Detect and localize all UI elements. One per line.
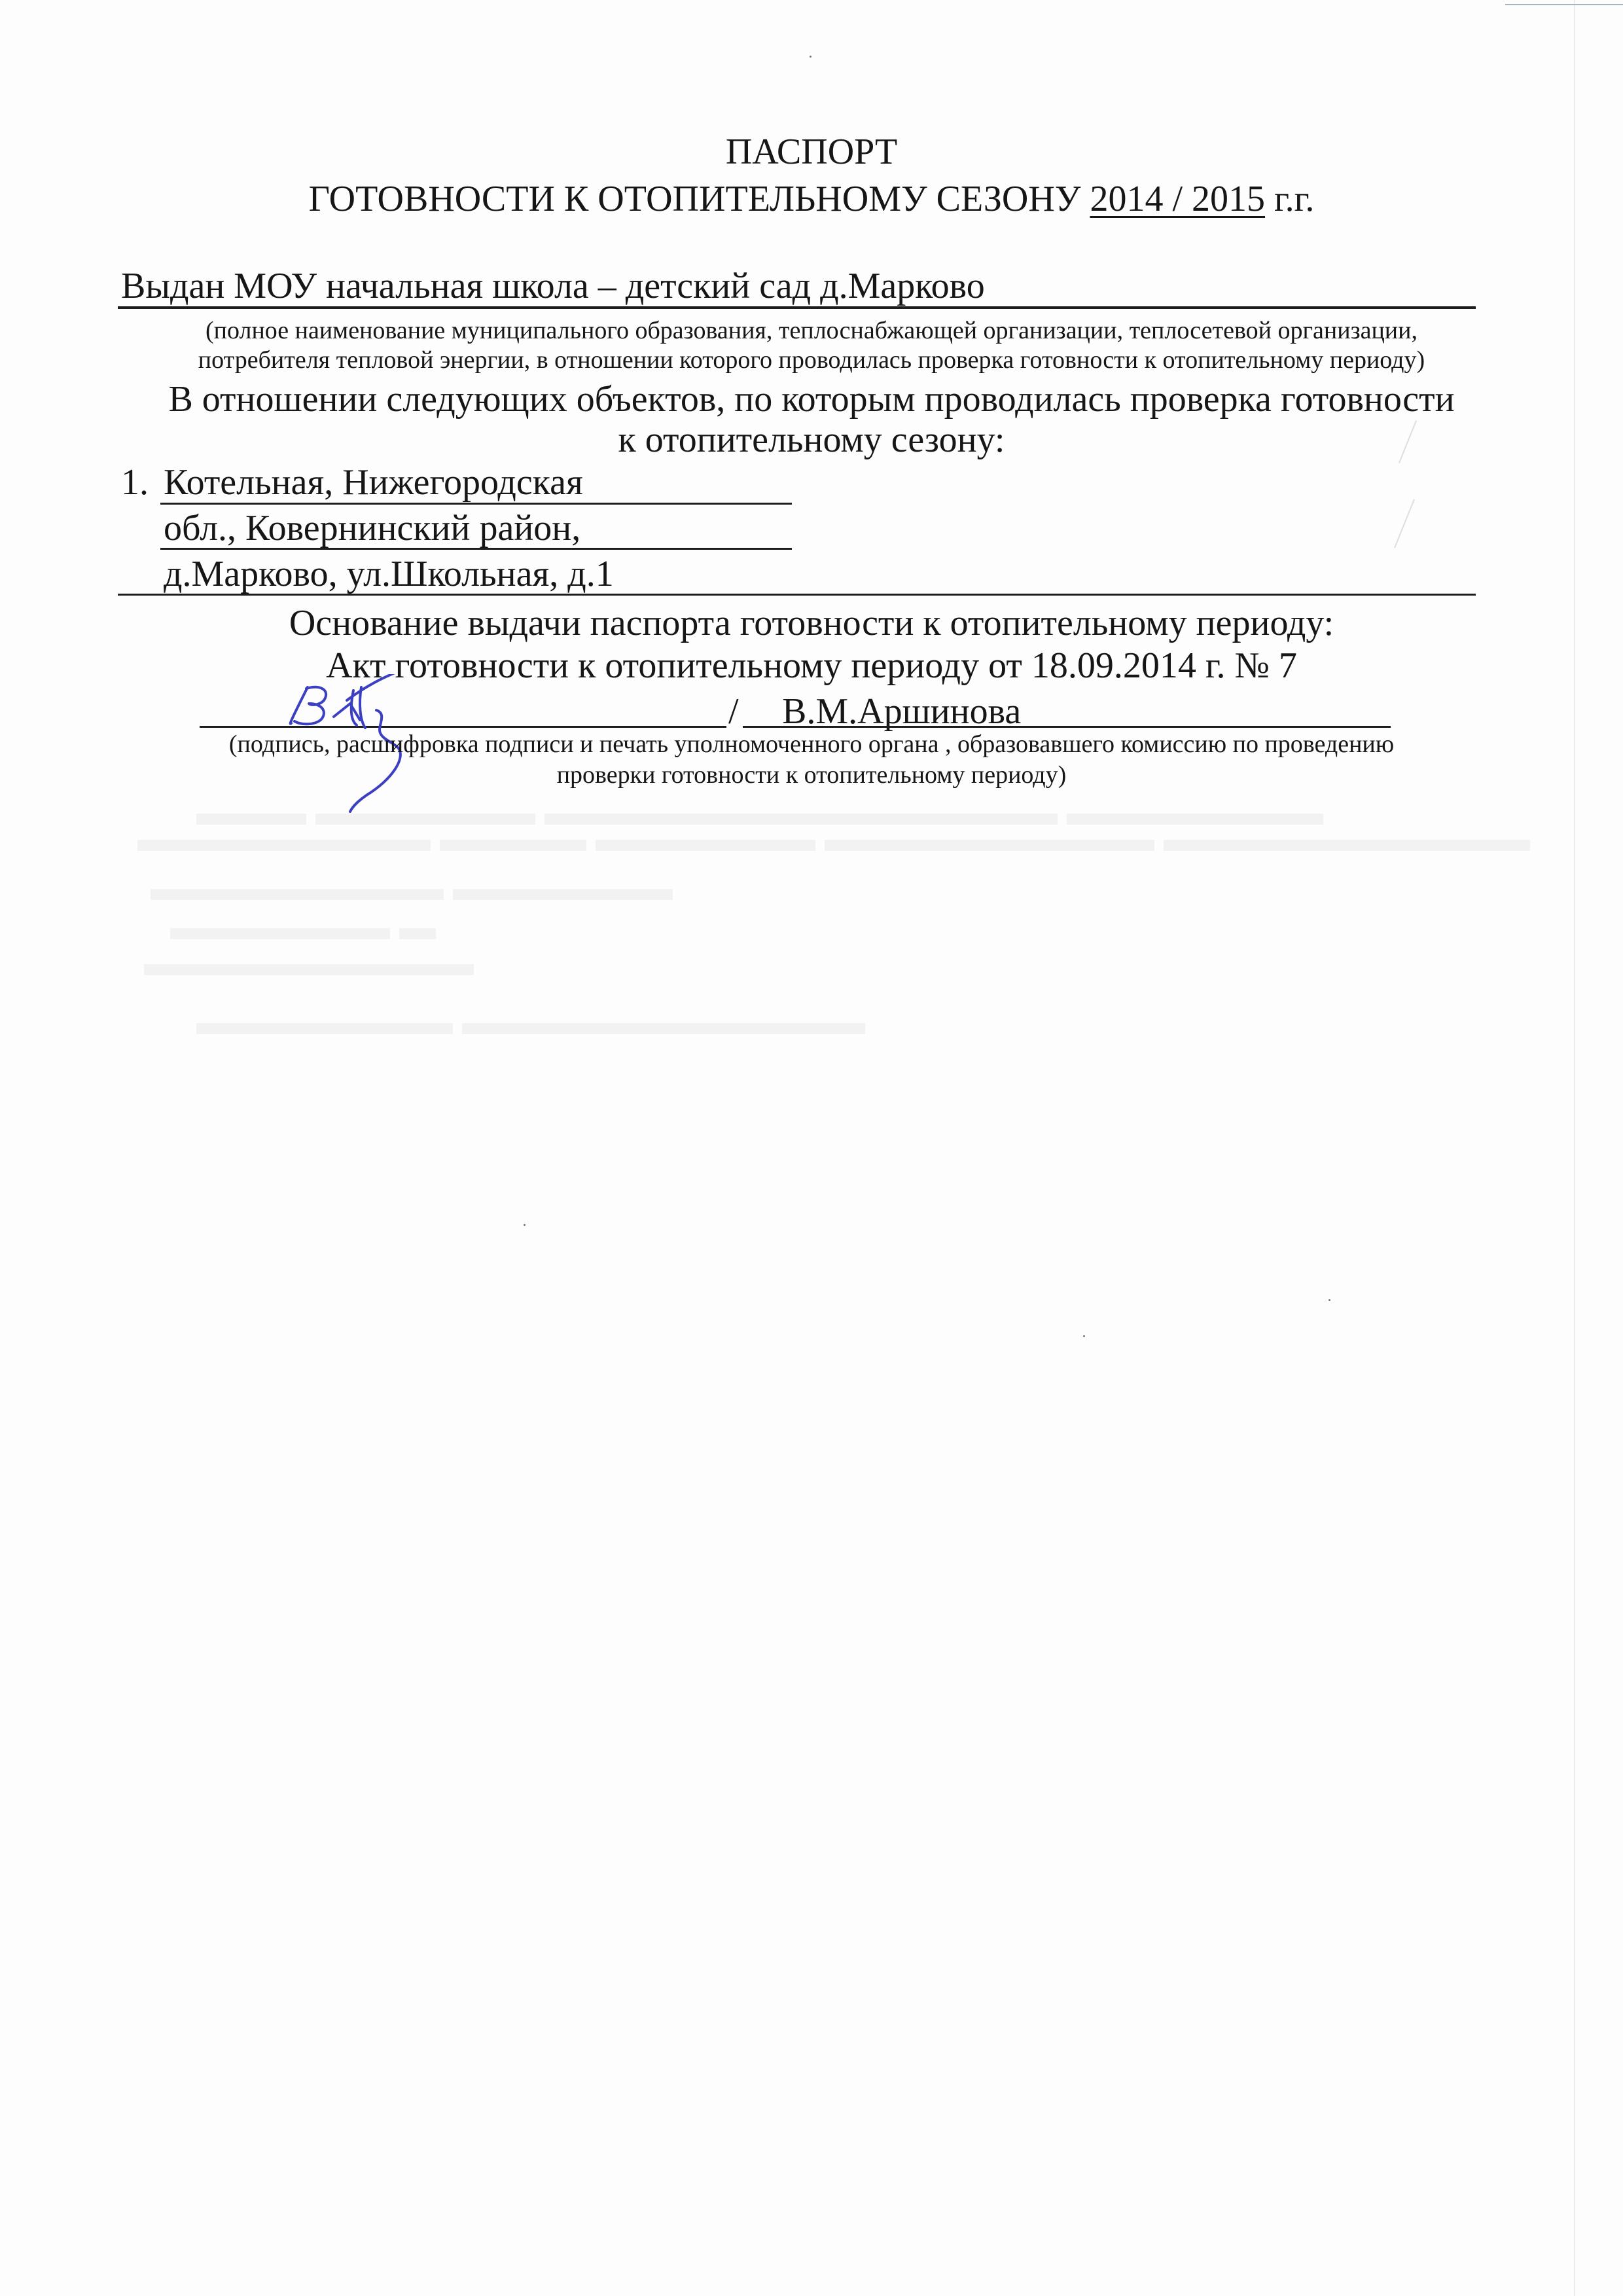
bleed-through-text: ▬▬▬▬▬▬▬▬ ▬▬▬▬ ▬▬▬▬▬▬ ▬▬▬▬▬▬▬▬▬ ▬▬▬▬▬▬▬▬▬… [137, 818, 1530, 860]
object-underline [160, 548, 792, 550]
signer-underline [782, 726, 1391, 728]
bleed-through-text: ▬▬▬▬▬▬▬▬▬ [144, 942, 474, 984]
bleed-through-text: ▬▬▬▬▬▬▬ ▬▬▬▬▬▬▬▬▬▬▬ [196, 1001, 865, 1043]
signature-underline [200, 726, 726, 728]
document-subtitle: ГОТОВНОСТИ К ОТОПИТЕЛЬНОМУ СЕЗОНУ 2014 /… [0, 178, 1623, 220]
season-years: 2014 / 2015 [1090, 179, 1265, 219]
objects-intro-line1: В отношении следующих объектов, по котор… [0, 378, 1623, 420]
basis-act-reference: Акт готовности к отопительному периоду о… [0, 645, 1623, 687]
signature-caption-line2: проверки готовности к отопительному пери… [0, 761, 1623, 789]
page-top-edge [1505, 4, 1623, 5]
document-title: ПАСПОРТ [0, 131, 1623, 173]
object-address-line3: д.Марково, ул.Школьная, д.1 [164, 553, 614, 595]
object-underline [160, 503, 792, 505]
object-number: 1. [121, 461, 149, 503]
signature-separator: / [728, 691, 739, 732]
signature-caption-line1: (подпись, расшифровка подписи и печать у… [0, 730, 1623, 759]
scan-speck [1329, 1299, 1330, 1301]
objects-intro-line2: к отопительному сезону: [0, 419, 1623, 461]
subtitle-prefix: ГОТОВНОСТИ К ОТОПИТЕЛЬНОМУ СЕЗОНУ [309, 179, 1090, 219]
object-address-line2: обл., Ковернинский район, [164, 507, 580, 549]
issued-to-underline [118, 306, 1476, 309]
bleed-through-text: ▬▬▬▬▬▬▬▬ ▬▬▬▬▬▬ [151, 867, 673, 909]
pencil-mark [1394, 499, 1415, 548]
issued-to-caption-line1: (полное наименование муниципального обра… [0, 316, 1623, 345]
issued-to-field: Выдан МОУ начальная школа – детский сад … [121, 265, 985, 307]
object-address-line1: Котельная, Нижегородская [164, 461, 583, 503]
basis-heading: Основание выдачи паспорта готовности к о… [0, 602, 1623, 644]
object-list-underline [118, 594, 1476, 596]
issued-to-caption-line2: потребителя тепловой энергии, в отношени… [0, 346, 1623, 374]
scan-speck [524, 1224, 526, 1226]
season-suffix: г.г. [1265, 179, 1314, 219]
scan-speck [1083, 1335, 1085, 1337]
scan-speck [810, 56, 811, 58]
signer-underline-left [743, 726, 782, 728]
